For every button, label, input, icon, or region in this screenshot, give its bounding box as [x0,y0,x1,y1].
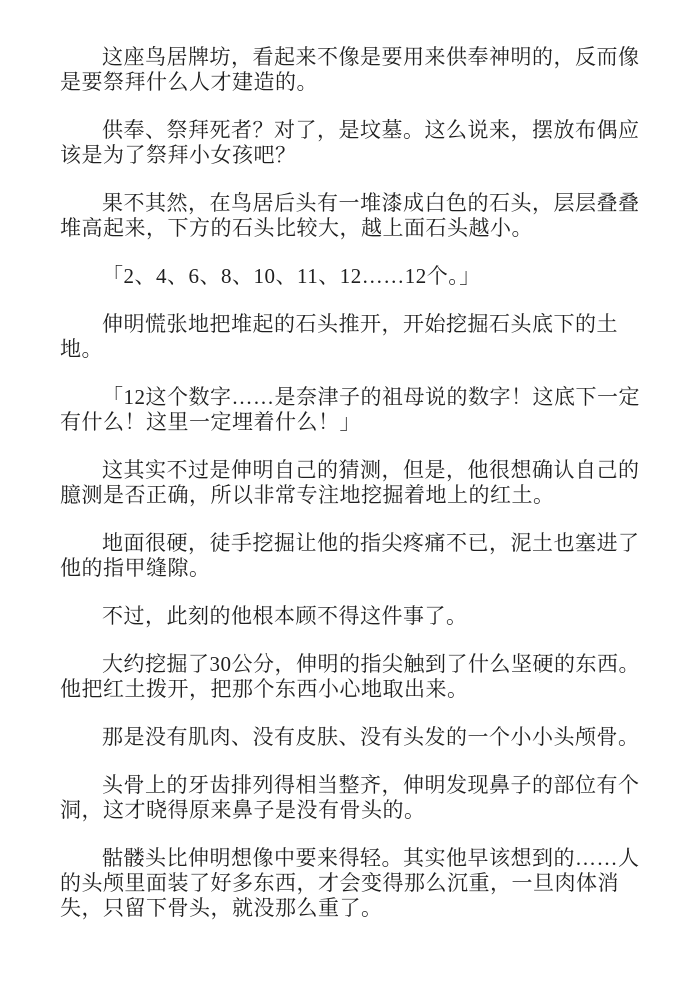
paragraph: 头骨上的牙齿排列得相当整齐，伸明发现鼻子的部位有个洞，这才晓得原来鼻子是没有骨头… [60,773,640,823]
paragraph: 不过，此刻的他根本顾不得这件事了。 [60,604,640,629]
paragraph: 供奉、祭拜死者？对了，是坟墓。这么说来，摆放布偶应该是为了祭拜小女孩吧？ [60,118,640,168]
paragraph-stone-count-quote: 「2、4、6、8、10、11、12……12个。」 [60,264,640,289]
paragraph: 果不其然，在鸟居后头有一堆漆成白色的石头，层层叠叠堆高起来，下方的石头比较大，越… [60,191,640,241]
paragraph: 伸明慌张地把堆起的石头推开，开始挖掘石头底下的土地。 [60,312,640,362]
paragraph: 这其实不过是伸明自己的猜测，但是，他很想确认自己的臆测是否正确，所以非常专注地挖… [60,458,640,508]
paragraph: 骷髅头比伸明想像中要来得轻。其实他早该想到的……人的头颅里面装了好多东西，才会变… [60,846,640,921]
paragraph: 这座鸟居牌坊，看起来不像是要用来供奉神明的，反而像是要祭拜什么人才建造的。 [60,45,640,95]
paragraph: 那是没有肌肉、没有皮肤、没有头发的一个小小头颅骨。 [60,725,640,750]
paragraph-number-quote: 「12这个数字……是奈津子的祖母说的数字！这底下一定有什么！这里一定埋着什么！」 [60,385,640,435]
book-page: 这座鸟居牌坊，看起来不像是要用来供奉神明的，反而像是要祭拜什么人才建造的。 供奉… [0,0,700,992]
paragraph: 大约挖掘了30公分，伸明的指尖触到了什么坚硬的东西。他把红土拨开，把那个东西小心… [60,652,640,702]
paragraph: 地面很硬，徒手挖掘让他的指尖疼痛不已，泥土也塞进了他的指甲缝隙。 [60,531,640,581]
